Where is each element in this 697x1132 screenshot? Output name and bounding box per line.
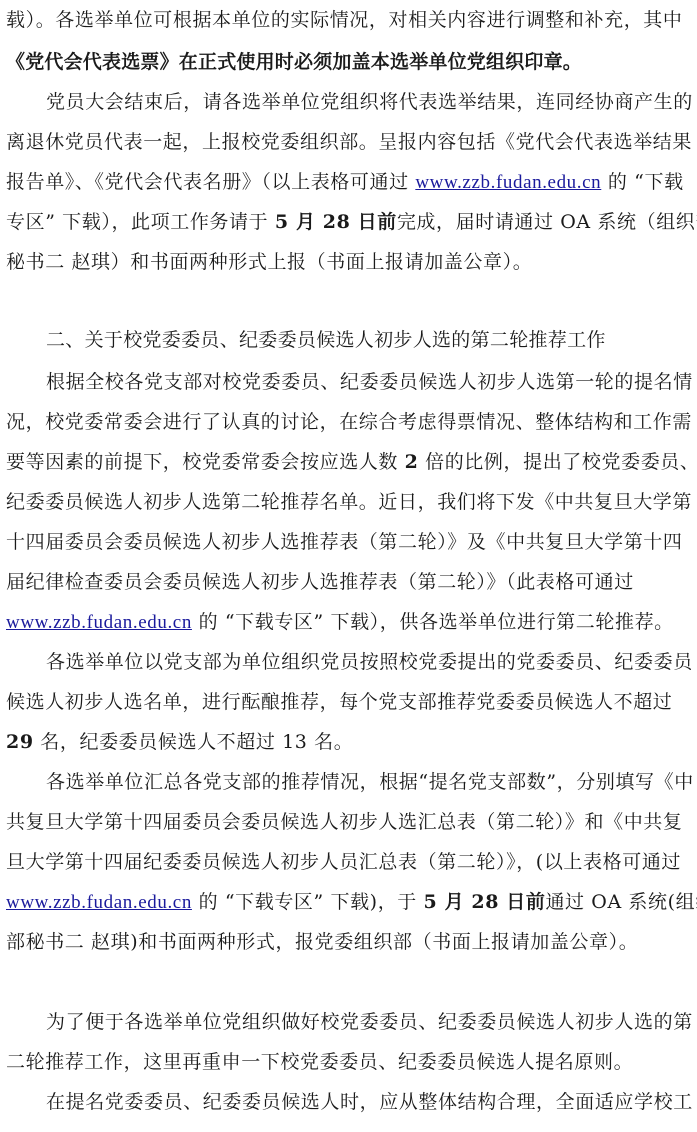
paragraph-line: 届纪律检查委员会委员候选人初步人选推荐表（第二轮）》（此表格可通过 xyxy=(6,562,697,602)
deadline-bold: 5 月 28 日前 xyxy=(424,891,546,913)
paragraph-line: 二轮推荐工作，这里再重申一下校党委委员、纪委委员候选人提名原则。 xyxy=(6,1042,697,1082)
paragraph-line: 专区” 下载），此项工作务请于 5 月 28 日前完成，届时请通过 OA 系统（… xyxy=(6,202,697,242)
paragraph-line: 载）。各选举单位可根据本单位的实际情况，对相关内容进行调整和补充，其中 xyxy=(6,0,697,40)
paragraph-line: 为了便于各选举单位党组织做好校党委委员、纪委委员候选人初步人选的第 xyxy=(46,1002,697,1042)
paragraph-line: 共复旦大学第十四届委员会委员候选人初步人选汇总表（第二轮）》和《中共复 xyxy=(6,802,697,842)
paragraph-line: 29 名，纪委委员候选人不超过 13 名。 xyxy=(6,722,697,762)
paragraph-line: 报告单》、《党代会代表名册》（以上表格可通过 www.zzb.fudan.edu… xyxy=(6,162,697,202)
paragraph-line: 要等因素的前提下，校党委常委会按应选人数 2 倍的比例，提出了校党委委员、 xyxy=(6,442,697,482)
text-segment: 专区” 下载），此项工作务请于 xyxy=(6,211,275,233)
zzb-link[interactable]: www.zzb.fudan.edu.cn xyxy=(6,612,192,633)
paragraph-line: 各选举单位以党支部为单位组织党员按照校党委提出的党委委员、纪委委员 xyxy=(46,642,697,682)
zzb-link[interactable]: www.zzb.fudan.edu.cn xyxy=(6,892,192,913)
paragraph-line: www.zzb.fudan.edu.cn 的 “下载专区” 下载)，于 5 月 … xyxy=(6,882,697,922)
text-segment: 的 “下载 xyxy=(601,171,683,193)
text-segment: 倍的比例，提出了校党委委员、 xyxy=(418,451,697,473)
paragraph-line: 秘书二 赵琪）和书面两种形式上报（书面上报请加盖公章）。 xyxy=(6,242,697,282)
text-segment: 的 “下载专区” 下载)，于 xyxy=(192,891,424,913)
paragraph-line: 候选人初步人选名单，进行酝酿推荐，每个党支部推荐党委委员候选人不超过 xyxy=(6,682,697,722)
paragraph-line: 十四届委员会委员候选人初步人选推荐表（第二轮）》及《中共复旦大学第十四 xyxy=(6,522,697,562)
section-heading: 二、关于校党委委员、纪委委员候选人初步人选的第二轮推荐工作 xyxy=(46,320,697,360)
count-bold: 29 xyxy=(6,731,34,753)
text-segment: 名，纪委委员候选人不超过 13 名。 xyxy=(34,731,354,753)
zzb-link[interactable]: www.zzb.fudan.edu.cn xyxy=(415,172,601,193)
text-segment: 通过 OA 系统(组织 xyxy=(545,891,697,913)
ratio-bold: 2 xyxy=(405,451,419,473)
paragraph-line: www.zzb.fudan.edu.cn 的 “下载专区” 下载），供各选举单位… xyxy=(6,602,697,642)
paragraph-line: 离退休党员代表一起，上报校党委组织部。呈报内容包括《党代会代表选举结果 xyxy=(6,122,697,162)
text-segment: 要等因素的前提下，校党委常委会按应选人数 xyxy=(6,451,405,473)
paragraph-line: 况，校党委常委会进行了认真的讨论，在综合考虑得票情况、整体结构和工作需 xyxy=(6,402,697,442)
text-segment: 报告单》、《党代会代表名册》（以上表格可通过 xyxy=(6,171,415,193)
paragraph-line: 各选举单位汇总各党支部的推荐情况，根据“提名党支部数”，分别填写《中 xyxy=(46,762,697,802)
bold-notice-line: 《党代会代表选票》在正式使用时必须加盖本选举单位党组织印章。 xyxy=(6,42,697,82)
paragraph-line: 在提名党委委员、纪委委员候选人时，应从整体结构合理，全面适应学校工 xyxy=(46,1082,697,1122)
deadline-bold: 5 月 28 日前 xyxy=(275,211,397,233)
paragraph-line: 根据全校各党支部对校党委委员、纪委委员候选人初步人选第一轮的提名情 xyxy=(46,362,697,402)
text-segment: 完成，届时请通过 OA 系统（组织部 xyxy=(397,211,697,233)
text-segment: 的 “下载专区” 下载），供各选举单位进行第二轮推荐。 xyxy=(192,611,674,633)
paragraph-line: 部秘书二 赵琪)和书面两种形式，报党委组织部（书面上报请加盖公章）。 xyxy=(6,922,697,962)
paragraph-line: 旦大学第十四届纪委委员候选人初步人员汇总表（第二轮）》，(以上表格可通过 xyxy=(6,842,697,882)
paragraph-line: 党员大会结束后，请各选举单位党组织将代表选举结果，连同经协商产生的 xyxy=(46,82,697,122)
paragraph-line: 纪委委员候选人初步人选第二轮推荐名单。近日，我们将下发《中共复旦大学第 xyxy=(6,482,697,522)
